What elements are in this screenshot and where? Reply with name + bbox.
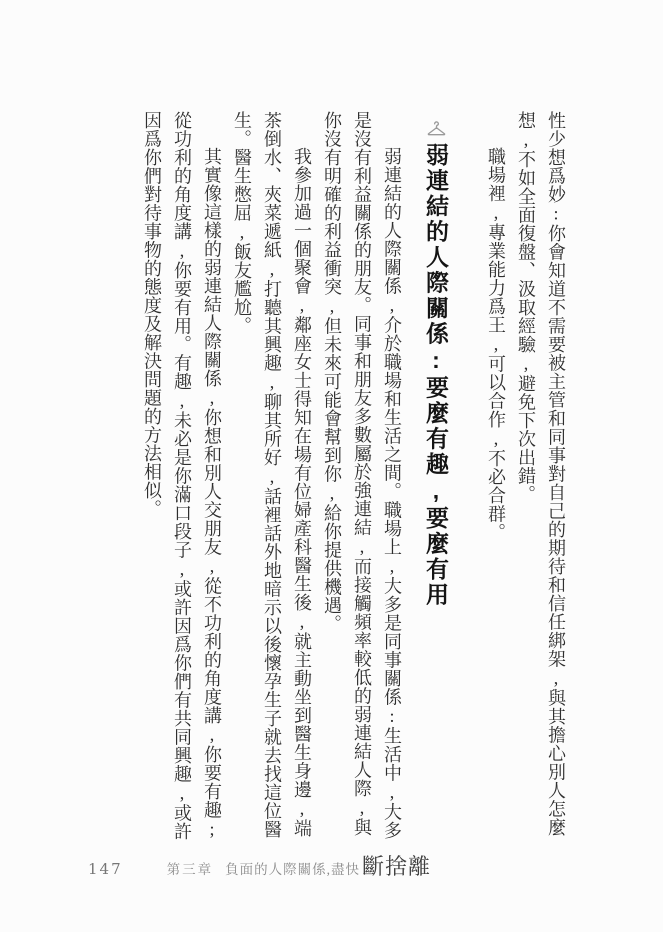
paragraph: 弱連結的人際關係,介於職場和生活之間。職場上,大多是同事關係:生活中,大多是沒有… xyxy=(317,111,407,852)
page-number: 147 xyxy=(88,860,123,878)
hanger-icon xyxy=(426,121,447,138)
book-title-emphasis: 斷捨離 xyxy=(362,850,431,881)
paragraph: 性少想爲妙:你會知道不需要被主管和同事對自己的期待和信任綁架,與其擔心別人怎麼想… xyxy=(511,111,571,852)
chapter-title: 負面的人際關係,盡快 xyxy=(225,858,360,878)
page-content: 性少想爲妙:你會知道不需要被主管和同事對自己的期待和信任綁架,與其擔心別人怎麼想… xyxy=(93,111,571,852)
paragraph: 職場裡,專業能力爲王,可以合作,不必合群。 xyxy=(481,111,511,852)
section-heading: 弱連結的人際關係:要麼有趣,要麼有用 xyxy=(417,111,455,852)
page-footer: 147 第三章 負面的人際關係,盡快 斷捨離 xyxy=(88,850,431,881)
section-heading-text: 弱連結的人際關係:要麼有趣,要麼有用 xyxy=(423,143,449,608)
paragraph: 我參加過一個聚會,鄰座女士得知在場有位婦產科醫生後,就主動坐到醫生身邊,端茶倒水… xyxy=(227,111,317,852)
chapter-label: 第三章 xyxy=(167,858,214,878)
paragraph: 其實像這樣的弱連結人際關係,你想和別人交朋友,從不功利的角度講,你要有趣;從功利… xyxy=(137,111,227,852)
book-page: 性少想爲妙:你會知道不需要被主管和同事對自己的期待和信任綁架,與其擔心別人怎麼想… xyxy=(0,0,663,932)
